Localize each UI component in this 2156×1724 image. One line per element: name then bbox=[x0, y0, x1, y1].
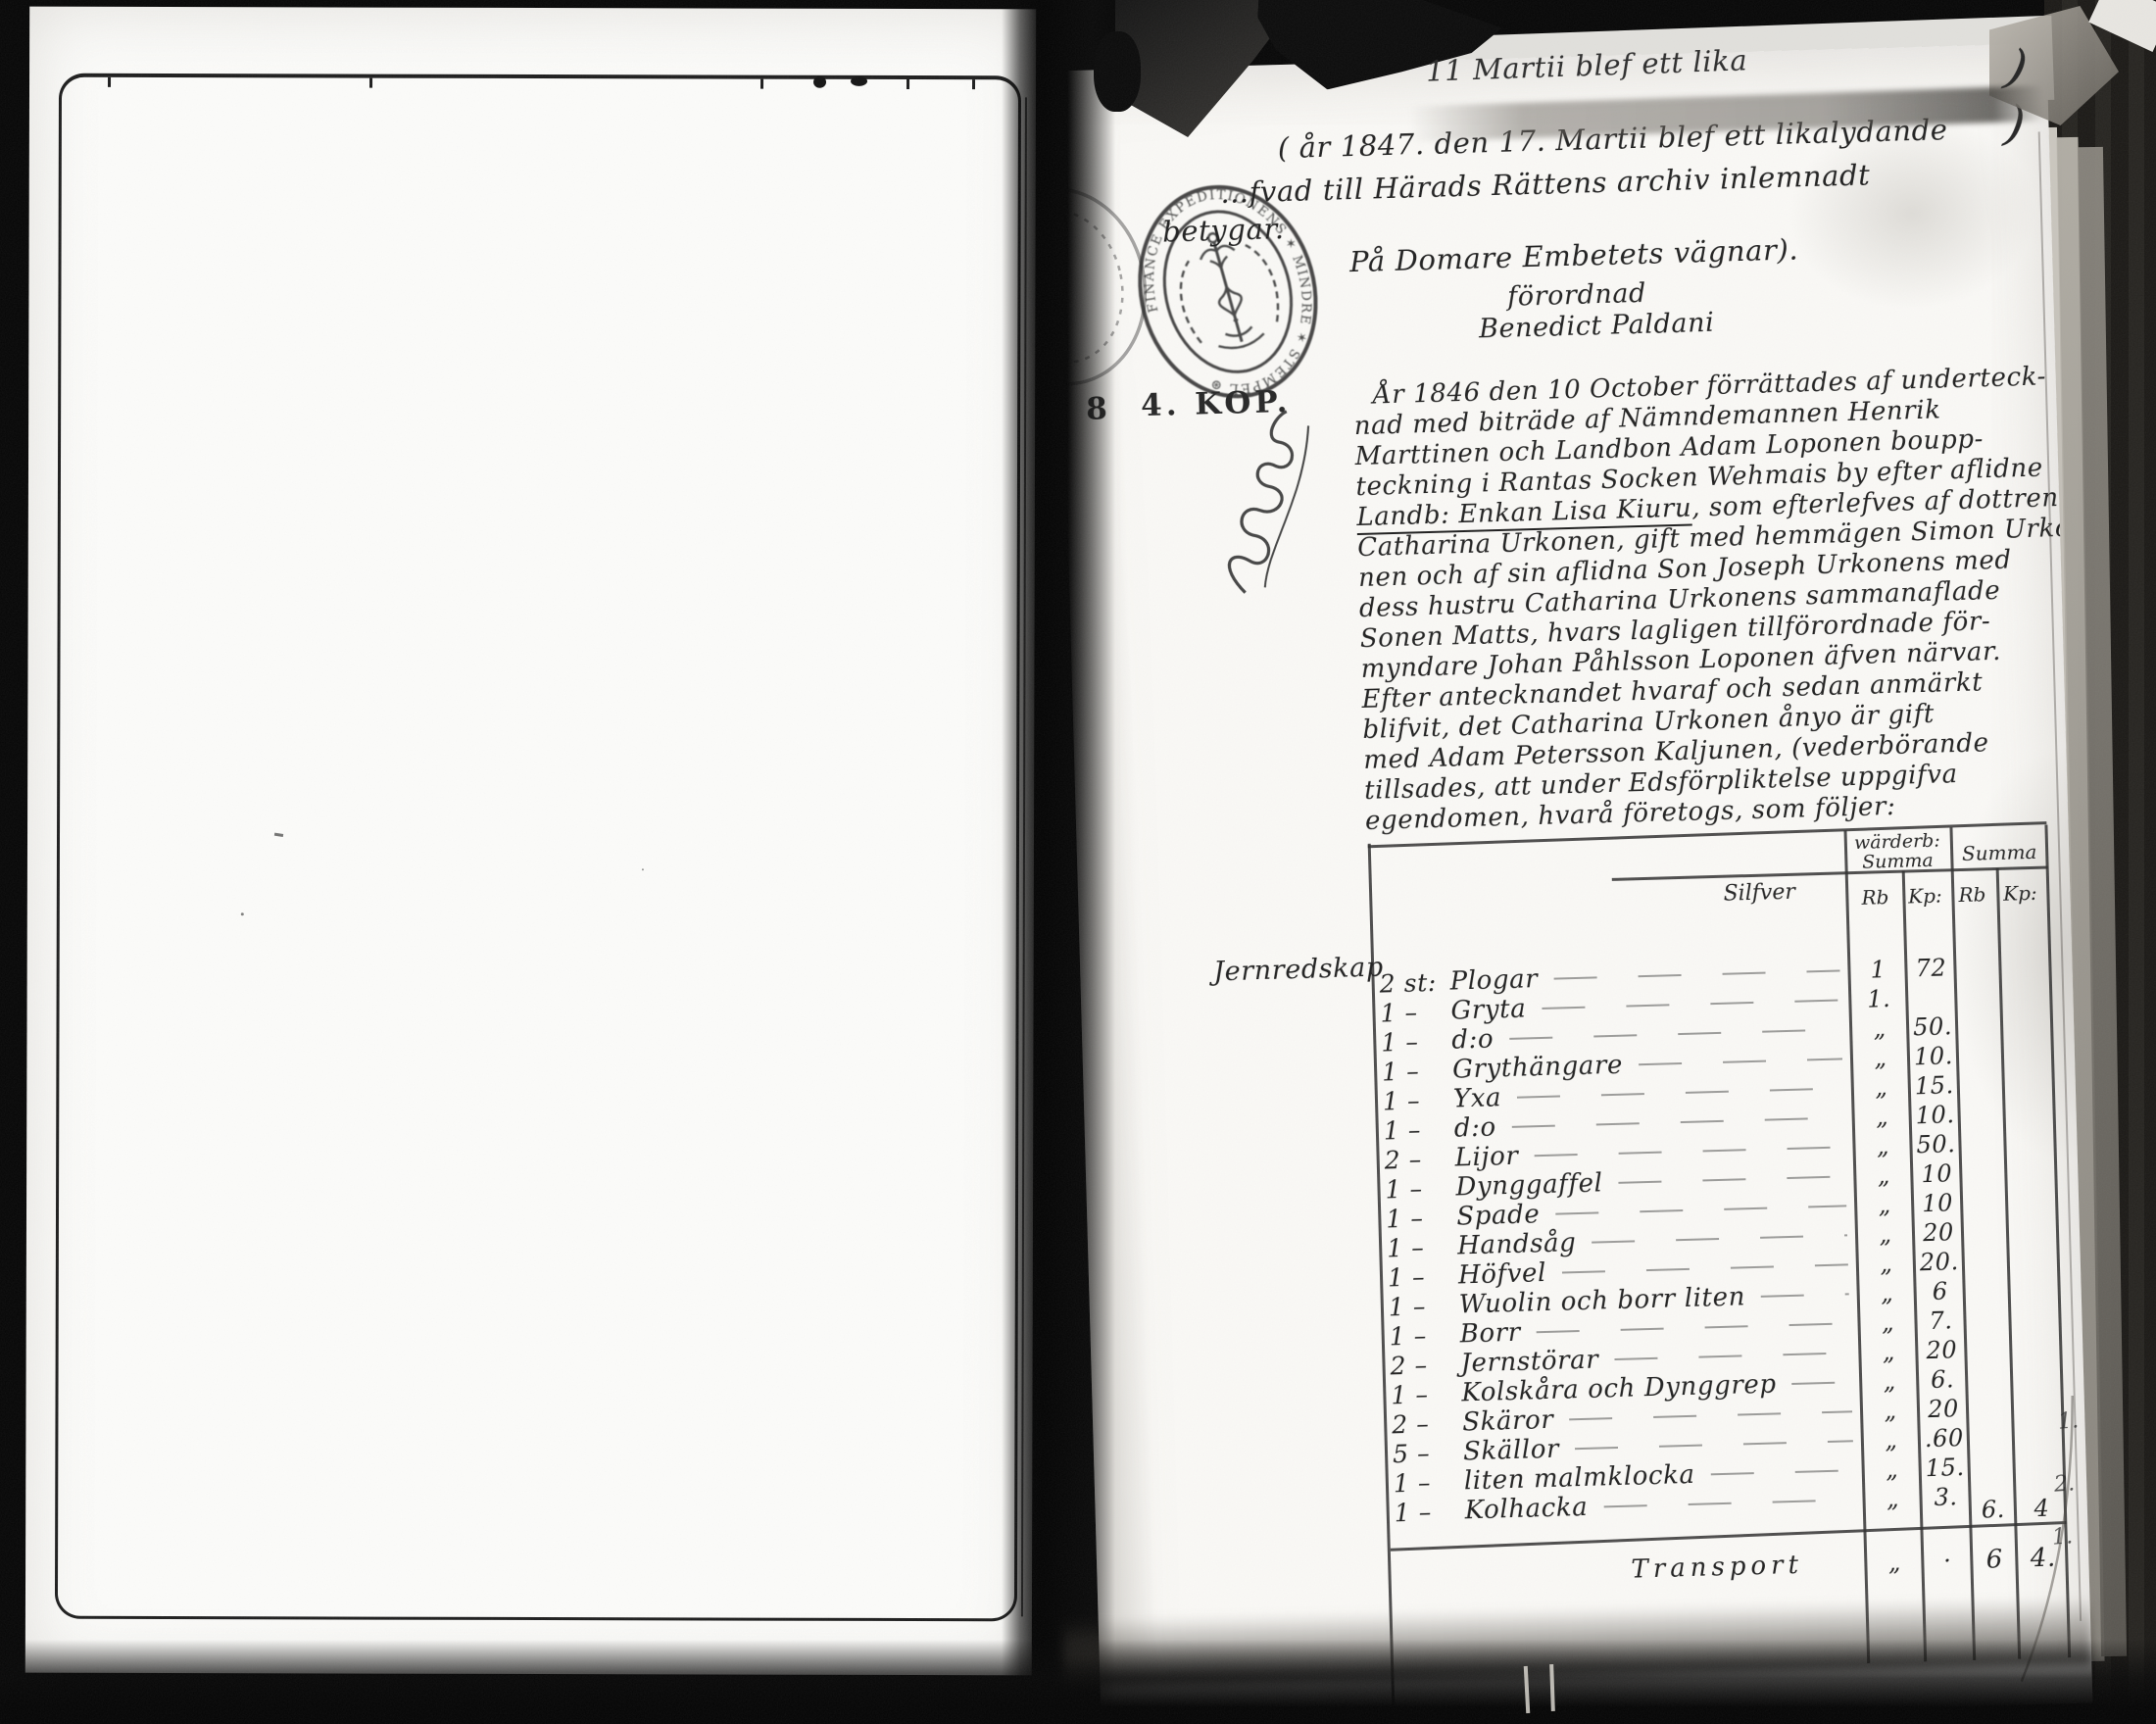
rb-value: „ bbox=[1853, 1103, 1911, 1132]
leader-dashes bbox=[1509, 1028, 1841, 1039]
kp-value bbox=[1907, 997, 1956, 998]
rb-value: „ bbox=[1862, 1396, 1920, 1425]
transport-label: Transport bbox=[1631, 1551, 1803, 1585]
kp-value: 20 bbox=[1917, 1336, 1967, 1364]
rb-value: „ bbox=[1852, 1073, 1910, 1103]
paper-speck bbox=[642, 868, 644, 870]
summa-rb-value bbox=[1959, 1084, 2004, 1085]
qty-cell: 1 – bbox=[1386, 1203, 1457, 1233]
summa-kp-value bbox=[2000, 964, 2052, 965]
summa-kp-value bbox=[2007, 1200, 2059, 1201]
spacer bbox=[1803, 1563, 1866, 1565]
qty-cell: 1 – bbox=[1391, 1379, 1462, 1409]
item-cell: d:o bbox=[1453, 1112, 1502, 1143]
kp-value: 50. bbox=[1908, 1012, 1958, 1041]
qty-cell: 1 – bbox=[1387, 1232, 1458, 1262]
annotation-line: betygar. bbox=[1162, 212, 1285, 248]
paper-speck bbox=[241, 912, 244, 915]
kp-subheader: Kp: bbox=[1993, 881, 2047, 906]
rb-value: „ bbox=[1859, 1307, 1917, 1337]
summa-rb-value bbox=[1957, 1025, 2002, 1026]
rb-value: „ bbox=[1857, 1249, 1915, 1278]
transport-rb: „ bbox=[1866, 1548, 1924, 1577]
qty-cell: 5 – bbox=[1393, 1438, 1464, 1468]
summa-kp-value bbox=[2001, 994, 2053, 995]
silver-currency-label: Silfver bbox=[1700, 879, 1819, 907]
leader-dashes bbox=[1555, 1205, 1846, 1214]
qty-cell: 1 – bbox=[1380, 997, 1451, 1027]
transport-kp: · bbox=[1923, 1547, 1973, 1575]
ink-blot bbox=[813, 76, 826, 88]
qty-cell: 1 – bbox=[1383, 1085, 1454, 1115]
qty-cell: 1 – bbox=[1389, 1320, 1460, 1351]
item-cell: Skäror bbox=[1462, 1405, 1560, 1438]
kp-value: 7. bbox=[1916, 1306, 1966, 1335]
item-cell: Yxa bbox=[1453, 1083, 1508, 1114]
leader-dashes bbox=[1553, 969, 1839, 979]
summa-rb-value bbox=[1960, 1113, 2005, 1114]
summa-rb-value bbox=[1964, 1260, 2009, 1261]
summa-rb-value bbox=[1962, 1202, 2007, 1203]
scanned-document-spread: FINANCE EXPEDITIONENS ✶ MINDRE ✶ STEMPEL… bbox=[0, 0, 2156, 1724]
qty-cell: 2 – bbox=[1390, 1350, 1461, 1380]
summa-rb-value bbox=[1961, 1172, 2006, 1173]
frame-tick bbox=[108, 77, 111, 87]
leader-dashes bbox=[1603, 1499, 1854, 1507]
item-cell: Skällor bbox=[1463, 1434, 1566, 1466]
frame-tick bbox=[369, 78, 372, 88]
summa-kp-value bbox=[2005, 1111, 2057, 1112]
leader-dashes bbox=[1639, 1058, 1842, 1065]
item-cell: Lijor bbox=[1454, 1142, 1525, 1173]
kp-value: 15. bbox=[1909, 1071, 1959, 1100]
kp-value: 20 bbox=[1914, 1218, 1964, 1247]
rb-value: „ bbox=[1852, 1044, 1910, 1073]
margin-mark: 2. bbox=[2053, 1471, 2076, 1497]
kp-value: 50. bbox=[1911, 1130, 1961, 1158]
qty-cell: 2 – bbox=[1384, 1144, 1455, 1174]
rb-value: „ bbox=[1858, 1278, 1916, 1307]
rb-value: „ bbox=[1854, 1131, 1912, 1160]
annotation-line: …fvad till Härads Rättens archiv inlemna… bbox=[1220, 158, 1871, 210]
rb-value: „ bbox=[1864, 1484, 1922, 1513]
leader-dashes bbox=[1592, 1234, 1847, 1243]
leader-dashes bbox=[1618, 1175, 1845, 1183]
leader-dashes bbox=[1761, 1293, 1849, 1298]
kp-value: 3. bbox=[1921, 1483, 1971, 1511]
kp-value: 10 bbox=[1913, 1189, 1963, 1217]
estate-inventory-paragraph: År 1846 den 10 October förrättades af un… bbox=[1353, 362, 2064, 837]
item-cell: Dynggaffel bbox=[1455, 1168, 1609, 1202]
rb-value: „ bbox=[1855, 1160, 1913, 1190]
summa-rb-value bbox=[1960, 1143, 2005, 1144]
qty-cell: 1 – bbox=[1394, 1497, 1465, 1527]
item-cell: Borr bbox=[1459, 1318, 1527, 1350]
qty-cell: 1 – bbox=[1388, 1291, 1459, 1321]
margin-mark: 1. bbox=[2051, 1524, 2074, 1550]
kp-value: 10. bbox=[1909, 1042, 1959, 1070]
kp-value: 72 bbox=[1906, 954, 1956, 982]
leader-dashes bbox=[1569, 1410, 1852, 1420]
frame-tick bbox=[972, 79, 975, 89]
summa-kp-value bbox=[2003, 1053, 2055, 1054]
frame-tick bbox=[760, 79, 763, 89]
summa-rb-value bbox=[1965, 1319, 2010, 1320]
item-cell: Spade bbox=[1456, 1200, 1546, 1232]
summa-kp-value bbox=[2005, 1141, 2057, 1142]
item-cell: Gryta bbox=[1450, 994, 1533, 1025]
frame-tick bbox=[906, 79, 909, 89]
qty-cell: 2 st: bbox=[1379, 967, 1450, 998]
kp-value: 10 bbox=[1912, 1159, 1962, 1188]
kp-value: 10. bbox=[1910, 1101, 1960, 1129]
left-blank-page bbox=[25, 7, 1036, 1676]
summa-rb-value bbox=[1965, 1290, 2010, 1291]
annotation-line: förordnad bbox=[1507, 278, 1647, 313]
leader-dashes bbox=[1512, 1116, 1844, 1127]
summa-rb-value bbox=[1958, 1055, 2003, 1056]
summa-kp-value bbox=[2006, 1170, 2058, 1171]
leader-dashes bbox=[1542, 999, 1840, 1010]
inventory-item-rows: 2 st:Plogar1721 –Gryta1.1 –d:o„50.1 –Gry… bbox=[1379, 950, 2068, 1527]
summa-kp-value bbox=[2004, 1082, 2056, 1083]
table-rule bbox=[1612, 865, 2048, 880]
kp-value: 20. bbox=[1914, 1248, 1964, 1276]
summa-kp-value bbox=[2008, 1229, 2060, 1230]
rb-value: „ bbox=[1861, 1366, 1919, 1396]
summa-rb-value bbox=[1956, 996, 2001, 997]
rb-value: „ bbox=[1856, 1190, 1914, 1219]
item-cell: Höfvel bbox=[1458, 1258, 1553, 1291]
summa-rb-value bbox=[1963, 1231, 2008, 1232]
summa-rb-value bbox=[1955, 966, 2000, 967]
item-cell: Jernstörar bbox=[1460, 1345, 1605, 1378]
summa-kp-value bbox=[2010, 1288, 2062, 1289]
summa-column-header: Summa bbox=[1954, 840, 2045, 866]
item-cell: Kolhacka bbox=[1464, 1493, 1593, 1526]
rb-subheader: Rb bbox=[1848, 885, 1902, 910]
summa-rb-value bbox=[1966, 1349, 2011, 1350]
summa-kp-value bbox=[2002, 1023, 2054, 1024]
rb-value: 1. bbox=[1850, 985, 1908, 1014]
leader-dashes bbox=[1711, 1469, 1854, 1475]
qty-cell: 2 – bbox=[1392, 1408, 1463, 1439]
qty-cell: 1 – bbox=[1385, 1173, 1456, 1204]
kp-value: 6 bbox=[1915, 1277, 1965, 1305]
qty-cell: 1 – bbox=[1383, 1114, 1454, 1145]
leader-dashes bbox=[1792, 1381, 1852, 1385]
rb-value: „ bbox=[1863, 1454, 1921, 1484]
qty-cell: 1 – bbox=[1382, 1056, 1453, 1086]
summa-rb-value bbox=[1967, 1378, 2012, 1379]
leader-dashes bbox=[1575, 1440, 1853, 1450]
item-cell: Plogar bbox=[1449, 964, 1543, 997]
transport-row: Transport „ · 6 4. bbox=[1396, 1541, 2070, 1593]
qty-cell: 1 – bbox=[1394, 1467, 1465, 1498]
sheet-number: 8 bbox=[1086, 391, 1112, 427]
leader-dashes bbox=[1614, 1352, 1850, 1360]
torn-paper-shape bbox=[1094, 31, 1141, 112]
page-border-frame bbox=[55, 74, 1021, 1622]
kp-value: .60 bbox=[1919, 1424, 1969, 1453]
leader-dashes bbox=[1517, 1087, 1843, 1098]
summa-kp-value bbox=[2012, 1376, 2064, 1377]
kp-value: 15. bbox=[1920, 1453, 1970, 1482]
rb-value: 1 bbox=[1849, 956, 1907, 985]
ink-blot bbox=[851, 76, 867, 86]
kp-value: 20 bbox=[1919, 1395, 1969, 1423]
leader-dashes bbox=[1534, 1146, 1844, 1157]
leader-dashes bbox=[1537, 1322, 1850, 1333]
margin-mark: 1. bbox=[2057, 1408, 2080, 1434]
rb-value: „ bbox=[1862, 1425, 1920, 1454]
clerk-signature: Benedict Paldani bbox=[1479, 308, 1715, 345]
leader-dashes bbox=[1562, 1263, 1848, 1273]
item-cell: Handsåg bbox=[1457, 1228, 1583, 1261]
summa-kp-value bbox=[2010, 1317, 2062, 1318]
annotation-line: På Domare Embetets vägnar). bbox=[1349, 232, 1799, 278]
rb-value: „ bbox=[1851, 1014, 1909, 1044]
rb-value: „ bbox=[1860, 1337, 1918, 1366]
right-document-page: FINANCE EXPEDITIONENS ✶ MINDRE ✶ STEMPEL… bbox=[1055, 43, 2093, 1724]
rb-value: „ bbox=[1857, 1219, 1915, 1249]
summa-kp-value bbox=[2009, 1258, 2061, 1259]
rb-subheader: Rb bbox=[1950, 882, 1994, 907]
kp-value: 6. bbox=[1918, 1365, 1968, 1394]
valuation-column-header: wärderb: Summa bbox=[1847, 830, 1948, 872]
qty-cell: 1 – bbox=[1381, 1026, 1452, 1057]
qty-cell: 1 – bbox=[1388, 1261, 1459, 1292]
page-stack-edge-line bbox=[1021, 97, 1027, 1616]
summa-kp-value bbox=[2011, 1347, 2063, 1348]
item-cell: d:o bbox=[1451, 1024, 1500, 1055]
category-label: Jernredskap bbox=[1213, 952, 1384, 987]
kp-subheader: Kp: bbox=[1901, 883, 1949, 908]
